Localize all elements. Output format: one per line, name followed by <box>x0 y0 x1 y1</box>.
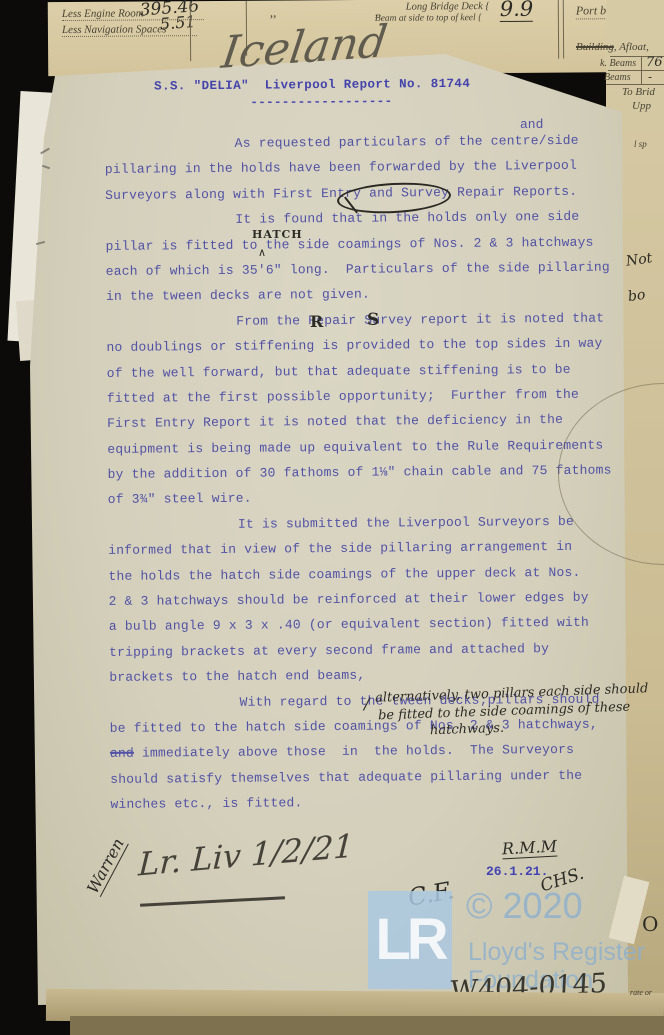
struck-word: and <box>110 746 134 761</box>
hatch-insertion: HATCH <box>252 228 303 241</box>
rate-or-fragment: rate or <box>630 988 652 997</box>
title-underline: ------------------ <box>250 94 392 109</box>
typed-line: by the addition of 30 fathoms of 1⅛" cha… <box>107 457 632 487</box>
to-brid-fragment: To Brid <box>622 86 655 98</box>
circle-o-mark: O <box>642 912 658 936</box>
lr-logo-letters: LR <box>375 911 444 969</box>
and-insertion: and <box>520 117 543 132</box>
beams-row2-label: Beams <box>604 72 631 83</box>
ditto-mark: ,, <box>270 5 277 21</box>
watermark-copyright: © 2020 <box>466 885 583 927</box>
typed-line: should satisfy themselves that adequate … <box>110 762 635 792</box>
beams-row1-label: k. Beams <box>600 58 636 69</box>
building-struck: Building <box>576 41 614 53</box>
upp-fragment: Upp <box>632 100 651 112</box>
table-rule <box>606 84 664 85</box>
margin-cursive-bo: bo <box>627 287 646 305</box>
typed-line: no doublings or stiffening is provided t… <box>106 330 631 360</box>
beams-row2-value: - <box>648 70 652 84</box>
lr-logo: LR <box>368 891 452 989</box>
beams-row1-value: 76 <box>646 55 663 70</box>
building-afloat-label: Building, Afloat, <box>576 41 649 53</box>
insertion-slash: / <box>364 694 369 713</box>
watermark-org-line1: Lloyd's Register <box>468 938 645 967</box>
scanned-document-photo: Less Engine Room 395.46 Less Navigation … <box>0 0 664 1035</box>
typed-line: winches etc., is fitted. <box>110 788 635 818</box>
afloat-label: , Afloat, <box>614 41 649 53</box>
sp-fragment: l sp <box>634 139 647 149</box>
report-title: S.S. "DELIA" Liverpool Report No. 81744 <box>154 77 470 94</box>
caret-mark: ∧ <box>258 246 266 259</box>
bottom-paper-layer2 <box>70 1016 664 1035</box>
survey-s-overwrite: S <box>367 310 379 330</box>
beam-keel-label: Beam at side to top of keel { <box>375 13 482 24</box>
long-bridge-deck-label: Long Bridge Deck { <box>406 1 490 13</box>
insertion-line3: hatchways. <box>430 721 505 739</box>
typed-line: each of which is 35'6" long. Particulars… <box>106 254 631 284</box>
rmm-initials: R.M.M <box>502 837 558 860</box>
repair-r-overwrite: R <box>310 312 323 331</box>
typed-line: a bulb angle 9 x 3 x .40 (or equivalent … <box>109 610 634 640</box>
double-rule <box>563 0 564 59</box>
double-rule <box>558 0 559 59</box>
table-rule <box>608 70 664 71</box>
beam-keel-value: 9.9 <box>500 0 534 22</box>
